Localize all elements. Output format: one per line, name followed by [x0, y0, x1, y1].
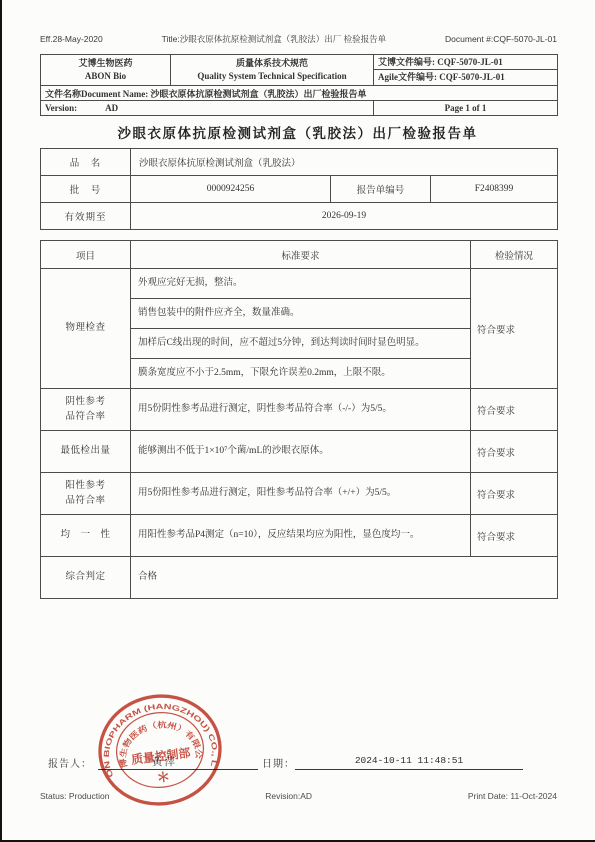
table-row: 物理检查 外观应完好无损，整洁。 符合要求 — [41, 269, 558, 299]
document-number: Document #:CQF-5070-JL-01 — [445, 34, 557, 44]
column-header-result: 检验情况 — [471, 241, 558, 269]
positive-reference-req: 用5份阳性参考品进行测定，阳性参考品符合率（+/+）为5/5。 — [131, 473, 471, 515]
spec-title-en: Quality System Technical Specification — [171, 70, 373, 83]
product-info-table: 品 名 沙眼衣原体抗原检测试剂盒（乳胶法） 批 号 0000924256 报告单… — [40, 148, 558, 230]
spec-title-cn: 质量体系技术规范 — [171, 57, 373, 70]
positive-reference-result: 符合要求 — [471, 473, 558, 515]
table-row: 综合判定 合格 — [41, 557, 558, 599]
physical-req-4: 膜条宽度应不小于2.5mm，下限允许误差0.2mm，上限不限。 — [131, 359, 471, 389]
batch-value: 0000924256 — [131, 176, 331, 203]
report-no-label: 报告单编号 — [331, 176, 431, 203]
top-meta-line: Eff.28-May-2020 Title:沙眼衣原体抗原检测试剂盒（乳胶法）出… — [40, 33, 557, 45]
version-cell: Version:AD — [41, 101, 374, 116]
version-label: Version: — [45, 103, 77, 113]
item-minimum-detection: 最低检出量 — [41, 431, 131, 473]
date-value: 2024-10-11 11:48:51 — [295, 755, 523, 766]
page-info: Page 1 of 1 — [374, 101, 558, 116]
product-name-value: 沙眼衣原体抗原检测试剂盒（乳胶法） — [131, 149, 558, 176]
expiry-label: 有效期至 — [41, 203, 131, 230]
footer-line: Status: Production Revision:AD Print Dat… — [40, 791, 557, 801]
header-table: 艾博生物医药 ABON Bio 质量体系技术规范 Quality System … — [40, 54, 558, 116]
item-uniformity: 均 一 性 — [41, 515, 131, 557]
effective-date: Eff.28-May-2020 — [40, 34, 103, 44]
product-name-label: 品 名 — [41, 149, 131, 176]
signature-row: 报告人： 黄萍 日期： 2024-10-11 11:48:51 — [40, 752, 557, 774]
doc-number-cell: 艾博文件编号: CQF-5070-JL-01 Agile文件编号: CQF-50… — [374, 55, 558, 86]
physical-req-1: 外观应完好无损，整洁。 — [131, 269, 471, 299]
item-physical-check: 物理检查 — [41, 269, 131, 389]
minimum-detection-req: 能够测出不低于1×10⁷个菌/mL的沙眼衣原体。 — [131, 431, 471, 473]
physical-result: 符合要求 — [471, 269, 558, 389]
table-row: 最低检出量 能够测出不低于1×10⁷个菌/mL的沙眼衣原体。 符合要求 — [41, 431, 558, 473]
table-row: 阴性参考 品符合率 用5份阴性参考品进行测定，阴性参考品符合率（-/-）为5/5… — [41, 389, 558, 431]
company-name-en: ABON Bio — [41, 70, 170, 83]
reporter-signature-line — [98, 769, 258, 770]
revision-text: Revision:AD — [265, 791, 312, 801]
negative-reference-result: 符合要求 — [471, 389, 558, 431]
reporter-label: 报告人： — [48, 755, 92, 770]
uniformity-result: 符合要求 — [471, 515, 558, 557]
expiry-value: 2026-09-19 — [131, 203, 558, 230]
reporter-signature: 黄萍 — [152, 754, 177, 769]
print-date-text: Print Date: 11-Oct-2024 — [468, 791, 557, 801]
document-name: 文件名称Document Name: 沙眼衣原体抗原检测试剂盒（乳胶法）出厂检验… — [41, 86, 558, 101]
column-header-requirement: 标准要求 — [131, 241, 471, 269]
report-title: 沙眼衣原体抗原检测试剂盒（乳胶法）出厂检验报告单 — [0, 122, 595, 142]
agile-doc-number: Agile文件编号: CQF-5070-JL-01 — [374, 70, 557, 85]
item-positive-reference: 阳性参考 品符合率 — [41, 473, 131, 515]
status-text: Status: Production — [40, 791, 109, 801]
report-page: Eff.28-May-2020 Title:沙眼衣原体抗原检测试剂盒（乳胶法）出… — [0, 0, 595, 842]
column-header-item: 项目 — [41, 241, 131, 269]
uniformity-req: 用阳性参考品P4测定（n=10），反应结果均应为阳性，显色度均一。 — [131, 515, 471, 557]
item-negative-reference: 阴性参考 品符合率 — [41, 389, 131, 431]
item-overall-verdict: 综合判定 — [41, 557, 131, 599]
inspection-table: 项目 标准要求 检验情况 物理检查 外观应完好无损，整洁。 符合要求 销售包装中… — [40, 240, 558, 599]
batch-label: 批 号 — [41, 176, 131, 203]
physical-req-3: 加样后C线出现的时间，应不超过5分钟，到达判读时间时显色明显。 — [131, 329, 471, 359]
version-value: AD — [105, 103, 118, 113]
table-row: 阳性参考 品符合率 用5份阳性参考品进行测定，阳性参考品符合率（+/+）为5/5… — [41, 473, 558, 515]
physical-req-2: 销售包装中的附件应齐全，数量准确。 — [131, 299, 471, 329]
date-line — [295, 769, 523, 770]
spec-cell: 质量体系技术规范 Quality System Technical Specif… — [171, 55, 374, 86]
report-no-value: F2408399 — [431, 176, 558, 203]
company-name-cn: 艾博生物医药 — [41, 57, 170, 70]
minimum-detection-result: 符合要求 — [471, 431, 558, 473]
abon-doc-number: 艾博文件编号: CQF-5070-JL-01 — [374, 55, 557, 70]
document-title-meta: Title:沙眼衣原体抗原检测试剂盒（乳胶法）出厂 检验报告单 — [162, 33, 386, 45]
company-cell: 艾博生物医药 ABON Bio — [41, 55, 171, 86]
overall-verdict-value: 合格 — [131, 557, 558, 599]
table-row: 均 一 性 用阳性参考品P4测定（n=10），反应结果均应为阳性，显色度均一。 … — [41, 515, 558, 557]
date-label: 日期： — [262, 755, 295, 770]
negative-reference-req: 用5份阴性参考品进行测定，阴性参考品符合率（-/-）为5/5。 — [131, 389, 471, 431]
